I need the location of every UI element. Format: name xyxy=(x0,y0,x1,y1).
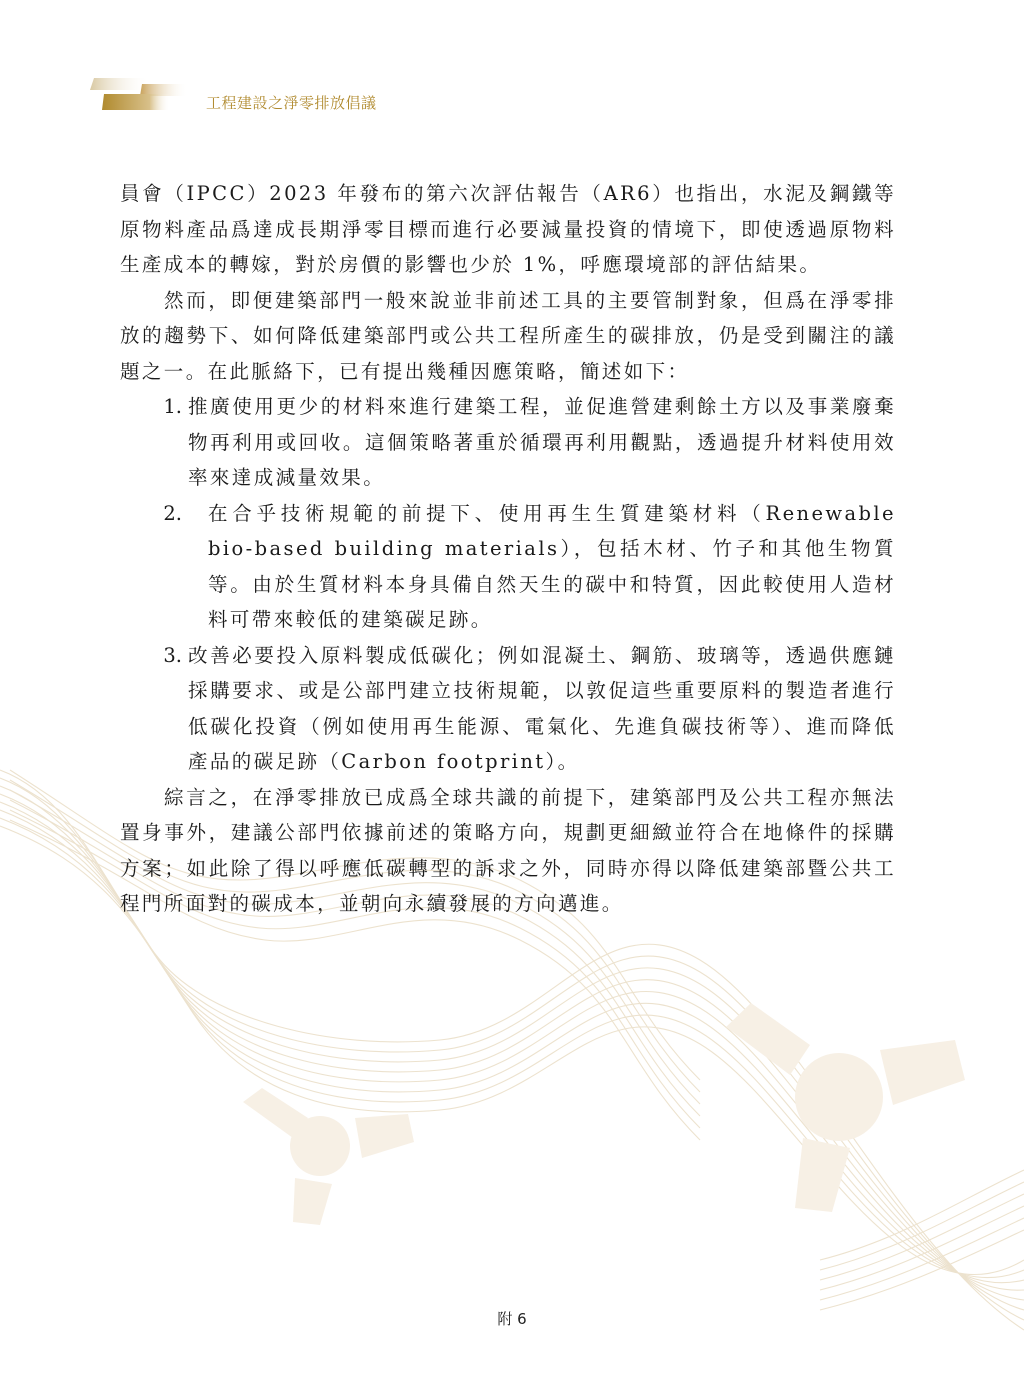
header-stripes-logo xyxy=(90,76,190,116)
list-item: 1. 推廣使用更少的材料來進行建築工程，並促進營建剩餘土方以及事業廢棄物再利用或… xyxy=(120,389,896,496)
document-title: 工程建設之淨零排放倡議 xyxy=(206,92,377,113)
list-text: 推廣使用更少的材料來進行建築工程，並促進營建剩餘土方以及事業廢棄物再利用或回收。… xyxy=(188,389,896,496)
list-number: 3. xyxy=(120,638,188,780)
document-body: 員會（IPCC）2023 年發布的第六次評估報告（AR6）也指出，水泥及鋼鐵等原… xyxy=(120,176,896,922)
strategy-list: 1. 推廣使用更少的材料來進行建築工程，並促進營建剩餘土方以及事業廢棄物再利用或… xyxy=(120,389,896,780)
list-item: 2. 在合乎技術規範的前提下、使用再生生質建築材料（Renewable bio-… xyxy=(120,496,896,638)
wind-turbine-icon xyxy=(243,1088,414,1225)
paragraph: 員會（IPCC）2023 年發布的第六次評估報告（AR6）也指出，水泥及鋼鐵等原… xyxy=(120,176,896,283)
paragraph: 綜言之，在淨零排放已成爲全球共識的前提下，建築部門及公共工程亦無法置身事外，建議… xyxy=(120,780,896,922)
list-number: 1. xyxy=(120,389,188,496)
list-item: 3. 改善必要投入原料製成低碳化；例如混凝土、鋼筋、玻璃等，透過供應鏈採購要求、… xyxy=(120,638,896,780)
list-number: 2. xyxy=(120,496,188,638)
list-text: 在合乎技術規範的前提下、使用再生生質建築材料（Renewable bio-bas… xyxy=(188,496,896,638)
list-text: 改善必要投入原料製成低碳化；例如混凝土、鋼筋、玻璃等，透過供應鏈採購要求、或是公… xyxy=(188,638,896,780)
wind-turbine-icon xyxy=(726,1003,965,1212)
paragraph: 然而，即便建築部門一般來說並非前述工具的主要管制對象，但爲在淨零排放的趨勢下、如… xyxy=(120,283,896,390)
page-header: 工程建設之淨零排放倡議 xyxy=(0,70,1024,130)
page-number: 附 6 xyxy=(0,1308,1024,1329)
